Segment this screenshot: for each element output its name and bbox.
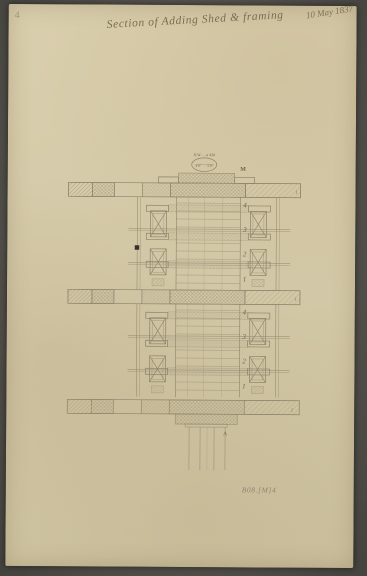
oval-dim-right: 5'0" xyxy=(207,164,213,168)
beam-end-mark-middle: 1 xyxy=(294,298,297,303)
bottom-foundation: A xyxy=(175,414,237,470)
photographed-drawing: 4 Section of Adding Shed & framing 10 Ma… xyxy=(0,0,367,576)
beam-end-mark-top: 1 xyxy=(295,191,298,196)
solid-square-marker xyxy=(135,245,140,250)
label-m: M xyxy=(240,167,246,173)
oval-dim-left: 4'0" xyxy=(195,164,201,168)
section-drawing: 4 3 2 1 N.W — a 430 4'0" xyxy=(5,4,356,568)
paper-sheet: 4 Section of Adding Shed & framing 10 Ma… xyxy=(5,4,356,568)
label-a: A xyxy=(223,431,227,437)
oval-note: N.W — a 430 xyxy=(193,152,216,157)
beam-end-mark-bottom: 1 xyxy=(291,409,294,414)
top-cap-assembly: N.W — a 430 4'0" 5'0" M xyxy=(159,152,255,184)
